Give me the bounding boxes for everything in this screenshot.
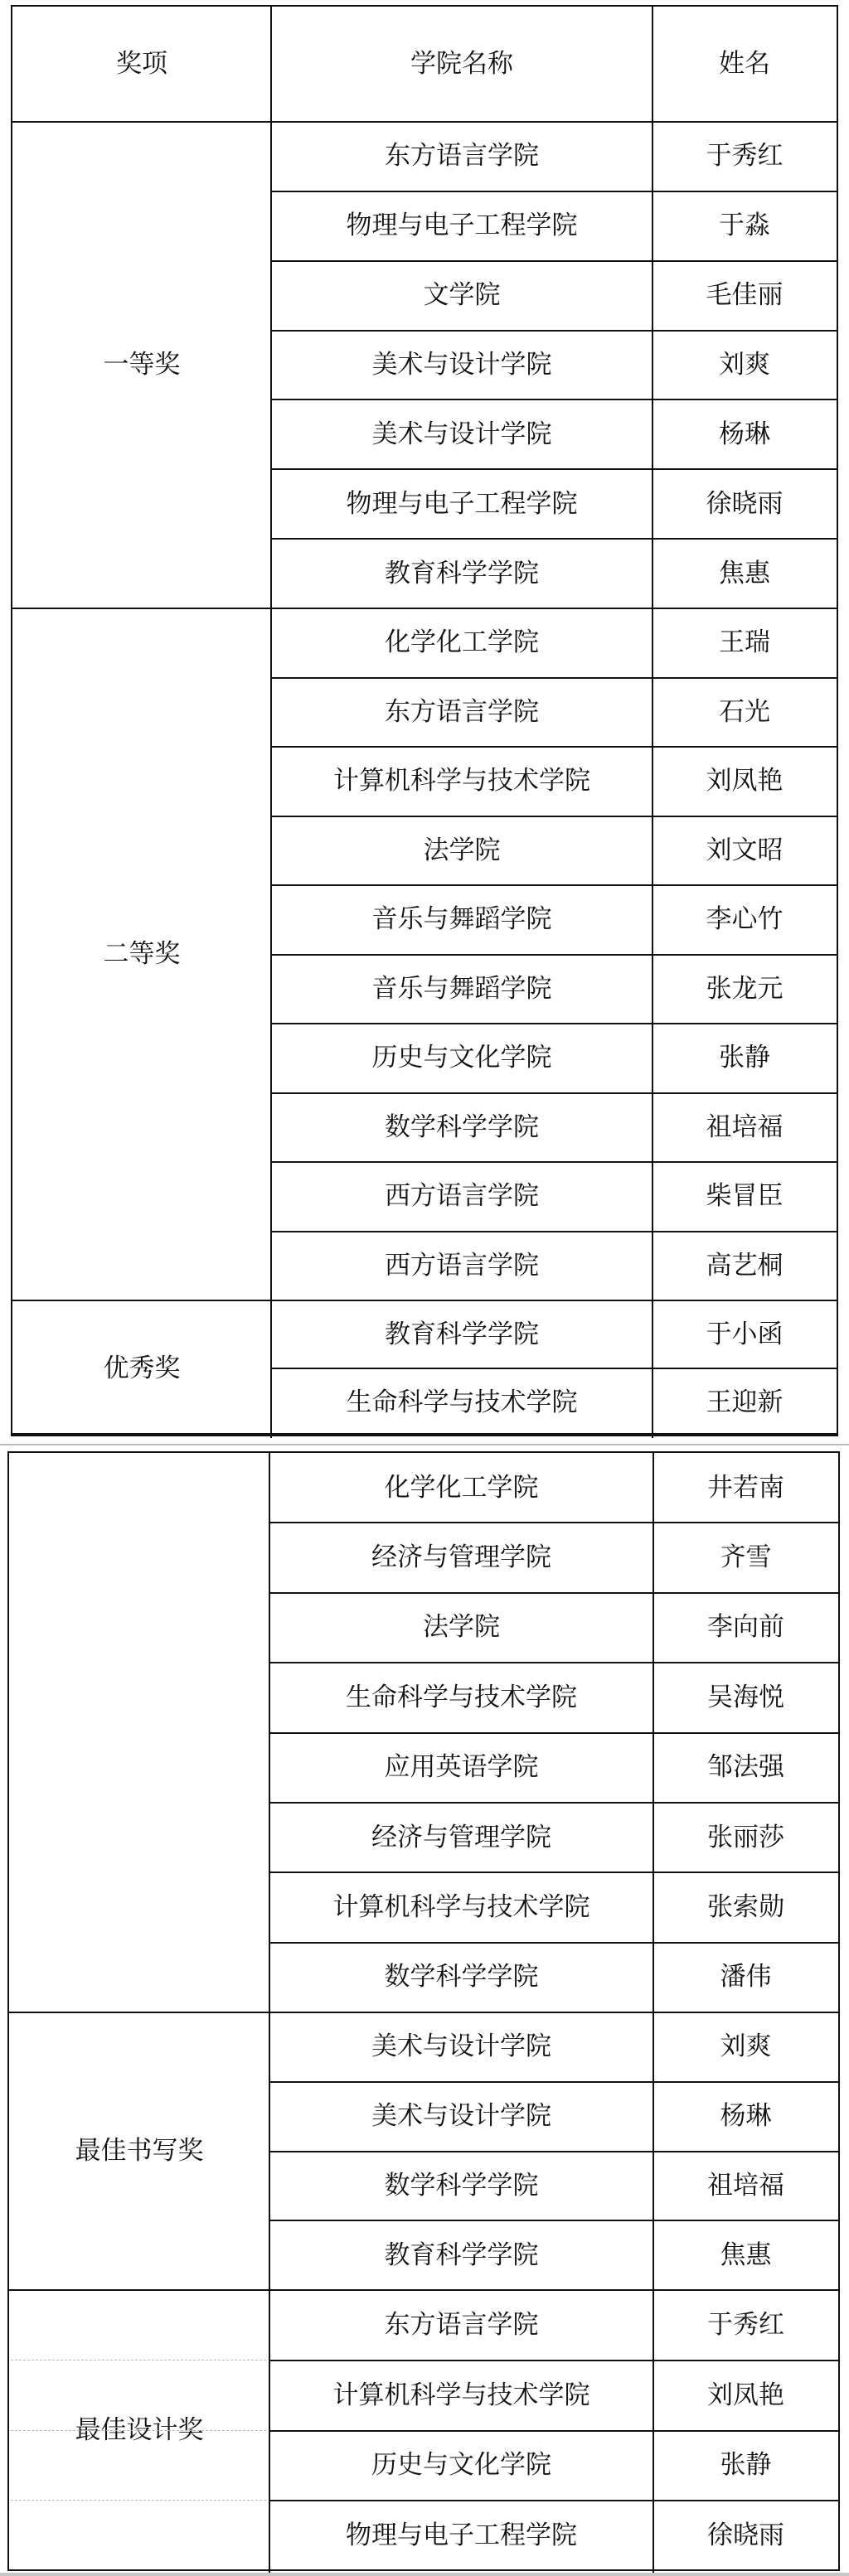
dashed-rule: [11, 2430, 266, 2431]
name-cell: 张静: [653, 1024, 837, 1093]
name-cell: 焦惠: [653, 2220, 838, 2290]
college-cell: 美术与设计学院: [271, 331, 653, 400]
table-row: 化学化工学院王瑞: [271, 608, 837, 678]
college-cell: 教育科学学院: [269, 2220, 653, 2290]
college-cell: 东方语言学院: [269, 2290, 653, 2361]
name-cell: 李心竹: [653, 885, 837, 955]
table-row: 教育科学学院焦惠: [271, 539, 837, 608]
table-row: 东方语言学院石光: [271, 678, 837, 748]
college-cell: 历史与文化学院: [271, 1024, 653, 1093]
table-row: 法学院李向前: [269, 1593, 838, 1663]
college-cell: 法学院: [271, 816, 653, 886]
awards-table-part-2: 化学化工学院井若南经济与管理学院齐雪法学院李向前生命科学与技术学院吴海悦应用英语…: [7, 1451, 840, 2571]
header-award: 奖项: [12, 7, 271, 122]
award-group-label: 优秀奖: [12, 1300, 271, 1436]
name-cell: 祖培福: [653, 2152, 838, 2221]
college-cell: 美术与设计学院: [271, 399, 653, 469]
college-cell: 美术与设计学院: [269, 2082, 653, 2152]
dashed-rule: [11, 2360, 266, 2361]
college-cell: 计算机科学与技术学院: [269, 2361, 653, 2431]
name-cell: 杨琳: [653, 399, 837, 469]
college-cell: 东方语言学院: [271, 678, 653, 748]
college-cell: 物理与电子工程学院: [271, 191, 653, 261]
award-group-label: 最佳书写奖: [9, 2012, 269, 2290]
table-row: 法学院刘文昭: [271, 816, 837, 886]
college-cell: 生命科学与技术学院: [269, 1663, 653, 1732]
college-cell: 应用英语学院: [269, 1733, 653, 1803]
college-cell: 西方语言学院: [271, 1232, 653, 1301]
college-cell: 数学科学学院: [269, 1943, 653, 2012]
award-group-label: 一等奖: [12, 122, 271, 608]
header-name: 姓名: [653, 7, 837, 122]
table-row: 美术与设计学院刘爽: [271, 331, 837, 400]
awards-table-part-1: 奖项学院名称姓名一等奖东方语言学院于秀红物理与电子工程学院于淼文学院毛佳丽美术与…: [11, 5, 838, 1436]
college-cell: 法学院: [269, 1593, 653, 1663]
header-college: 学院名称: [271, 7, 653, 122]
name-cell: 柴冒臣: [653, 1162, 837, 1232]
name-cell: 刘爽: [653, 2012, 838, 2082]
name-cell: 张索勋: [653, 1872, 838, 1942]
name-cell: 于秀红: [653, 122, 837, 191]
name-cell: 张龙元: [653, 955, 837, 1024]
name-cell: 于秀红: [653, 2290, 838, 2361]
table-row: 音乐与舞蹈学院张龙元: [271, 955, 837, 1024]
name-cell: 刘文昭: [653, 816, 837, 886]
college-cell: 经济与管理学院: [269, 1803, 653, 1872]
college-cell: 数学科学学院: [271, 1093, 653, 1163]
table-row: 东方语言学院于秀红: [271, 122, 837, 191]
table-row: 计算机科学与技术学院刘凤艳: [271, 747, 837, 816]
college-cell: 化学化工学院: [269, 1453, 653, 1523]
table-row: 音乐与舞蹈学院李心竹: [271, 885, 837, 955]
college-cell: 东方语言学院: [271, 122, 653, 191]
college-cell: 历史与文化学院: [269, 2431, 653, 2501]
college-cell: 教育科学学院: [271, 1300, 653, 1368]
table-row: 数学科学学院祖培福: [269, 2152, 838, 2221]
name-cell: 徐晓雨: [653, 2501, 838, 2571]
dashed-rule: [11, 2500, 266, 2501]
name-cell: 王迎新: [653, 1368, 837, 1436]
college-cell: 生命科学与技术学院: [271, 1368, 653, 1436]
college-cell: 经济与管理学院: [269, 1523, 653, 1592]
table-row: 应用英语学院邹法强: [269, 1733, 838, 1803]
college-cell: 音乐与舞蹈学院: [271, 955, 653, 1024]
table-row: 化学化工学院井若南: [269, 1453, 838, 1523]
college-cell: 数学科学学院: [269, 2152, 653, 2221]
name-cell: 李向前: [653, 1593, 838, 1663]
table-row: 计算机科学与技术学院张索勋: [269, 1872, 838, 1942]
name-cell: 井若南: [653, 1453, 838, 1523]
name-cell: 高艺桐: [653, 1232, 837, 1301]
college-cell: 美术与设计学院: [269, 2012, 653, 2082]
college-cell: 计算机科学与技术学院: [271, 747, 653, 816]
table-row: 经济与管理学院张丽莎: [269, 1803, 838, 1872]
table-row: 文学院毛佳丽: [271, 261, 837, 331]
name-cell: 徐晓雨: [653, 469, 837, 539]
college-cell: 音乐与舞蹈学院: [271, 885, 653, 955]
name-cell: 毛佳丽: [653, 261, 837, 331]
table-row: 数学科学学院祖培福: [271, 1093, 837, 1163]
name-cell: 焦惠: [653, 539, 837, 608]
name-cell: 石光: [653, 678, 837, 748]
college-cell: 物理与电子工程学院: [271, 469, 653, 539]
name-cell: 于小函: [653, 1300, 837, 1368]
name-cell: 杨琳: [653, 2082, 838, 2152]
page-separator: [0, 1444, 849, 1445]
name-cell: 张静: [653, 2431, 838, 2501]
table-row: 西方语言学院柴冒臣: [271, 1162, 837, 1232]
college-cell: 计算机科学与技术学院: [269, 1872, 653, 1942]
name-cell: 王瑞: [653, 608, 837, 678]
name-cell: 刘爽: [653, 331, 837, 400]
name-cell: 祖培福: [653, 1093, 837, 1163]
table-row: 教育科学学院焦惠: [269, 2220, 838, 2290]
table-row: 历史与文化学院张静: [271, 1024, 837, 1093]
award-group-label: 二等奖: [12, 608, 271, 1300]
name-cell: 吴海悦: [653, 1663, 838, 1732]
table-row: 生命科学与技术学院王迎新: [271, 1368, 837, 1436]
name-cell: 齐雪: [653, 1523, 838, 1592]
table-row: 生命科学与技术学院吴海悦: [269, 1663, 838, 1732]
name-cell: 潘伟: [653, 1943, 838, 2012]
page-bottom-edge: [0, 2573, 849, 2576]
college-cell: 教育科学学院: [271, 539, 653, 608]
name-cell: 邹法强: [653, 1733, 838, 1803]
name-cell: 于淼: [653, 191, 837, 261]
name-cell: 刘凤艳: [653, 2361, 838, 2431]
table-row: 计算机科学与技术学院刘凤艳: [269, 2361, 838, 2431]
table-row: 物理与电子工程学院徐晓雨: [269, 2501, 838, 2571]
table-row: 物理与电子工程学院于淼: [271, 191, 837, 261]
table-row: 西方语言学院高艺桐: [271, 1232, 837, 1301]
table-row: 东方语言学院于秀红: [269, 2290, 838, 2361]
college-cell: 化学化工学院: [271, 608, 653, 678]
award-group-label: 最佳设计奖: [9, 2290, 269, 2571]
college-cell: 物理与电子工程学院: [269, 2501, 653, 2571]
table-row: 数学科学学院潘伟: [269, 1943, 838, 2012]
table-row: 经济与管理学院齐雪: [269, 1523, 838, 1592]
name-cell: 刘凤艳: [653, 747, 837, 816]
table-row: 教育科学学院于小函: [271, 1300, 837, 1368]
name-cell: 张丽莎: [653, 1803, 838, 1872]
table-row: 美术与设计学院杨琳: [271, 399, 837, 469]
college-cell: 西方语言学院: [271, 1162, 653, 1232]
table-row: 历史与文化学院张静: [269, 2431, 838, 2501]
table-row: 物理与电子工程学院徐晓雨: [271, 469, 837, 539]
award-group-label: [9, 1453, 269, 2012]
college-cell: 文学院: [271, 261, 653, 331]
table-row: 美术与设计学院刘爽: [269, 2012, 838, 2082]
table-row: 美术与设计学院杨琳: [269, 2082, 838, 2152]
